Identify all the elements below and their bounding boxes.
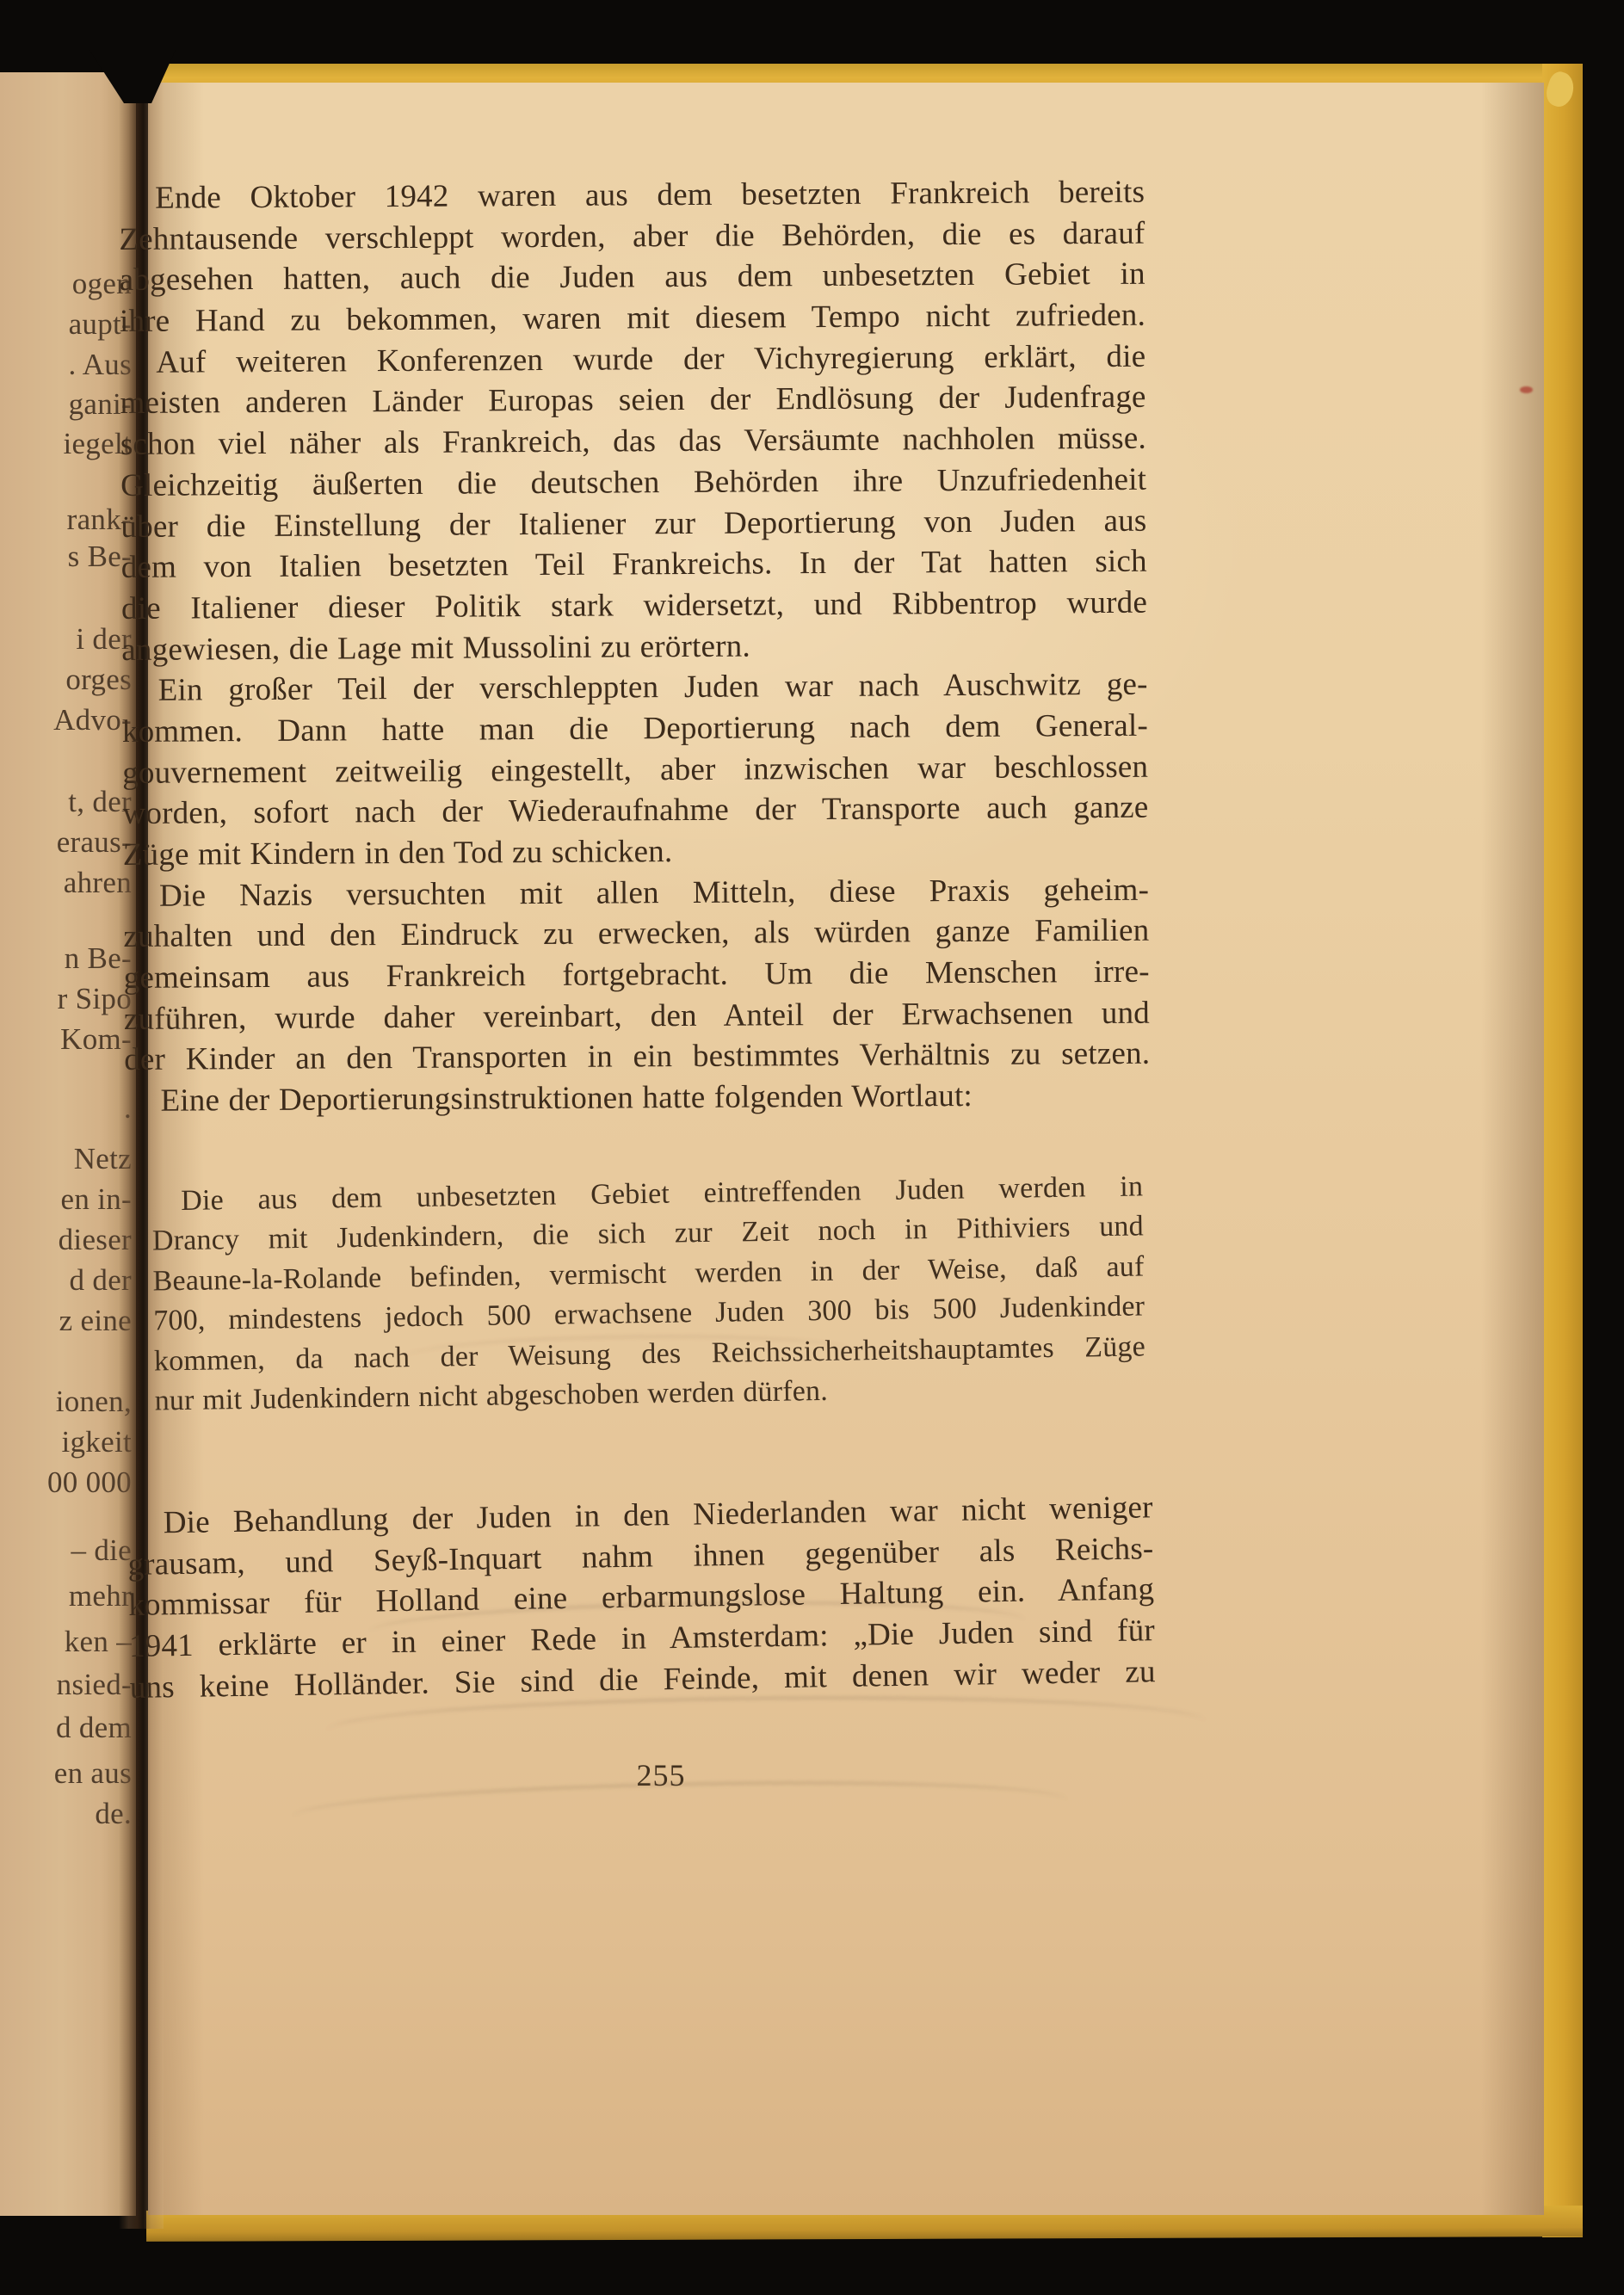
- text-line: worden, sofort nach der Wiederaufnahme d…: [122, 787, 1148, 835]
- red-ink-speck: [1520, 386, 1533, 393]
- text-line: abgesehen hatten, auch die Juden aus dem…: [120, 254, 1145, 301]
- text-line: meisten anderen Länder Europas seien der…: [120, 377, 1145, 424]
- paragraph: Eine der Deportierungsinstruktionen hatt…: [124, 1075, 1150, 1122]
- text-line: zuhalten und den Eindruck zu erwecken, a…: [123, 910, 1149, 958]
- paragraph: Ein großer Teil der verschleppten Juden …: [121, 664, 1148, 876]
- block-quote: Die aus dem unbesetzten Gebiet eintreffe…: [124, 1167, 1153, 1422]
- text-line: Ein großer Teil der verschleppten Juden …: [121, 664, 1147, 712]
- text-line: Die Nazis versuchten mit allen Mitteln, …: [123, 869, 1149, 916]
- text-line: über die Einstellung der Italiener zur D…: [120, 500, 1146, 547]
- text-line: Eine der Deportierungsinstruktionen hatt…: [124, 1075, 1150, 1122]
- text-block: Ende Oktober 1942 waren aus dem besetzte…: [119, 172, 1154, 1709]
- text-line: Zehntausende verschleppt worden, aber di…: [119, 213, 1145, 260]
- text-line: die Italiener dieser Politik stark wider…: [121, 583, 1147, 630]
- book-photo: ogenaupt-. Ausgani-iegeltrank-s Be-i der…: [0, 0, 1624, 2295]
- text-line: zuführen, wurde daher vereinbart, den An…: [124, 992, 1150, 1040]
- text-line: Züge mit Kindern in den Tod zu schicken.: [123, 829, 1149, 876]
- paragraph: Ende Oktober 1942 waren aus dem besetzte…: [119, 172, 1145, 342]
- paragraph: Die Behandlung der Juden in den Niederla…: [127, 1487, 1156, 1708]
- text-line: angewiesen, die Lage mit Mussolini zu er…: [121, 623, 1147, 670]
- text-line: kommen. Dann hatte man die Deportierung …: [122, 706, 1148, 753]
- text-line: gemeinsam aus Frankreich fortgebracht. U…: [124, 952, 1150, 999]
- paragraph: Auf weiteren Konferenzen wurde der Vichy…: [120, 336, 1147, 670]
- text-line: dem von Italien besetzten Teil Frankreic…: [121, 541, 1147, 589]
- text-line: ihre Hand zu bekommen, waren mit diesem …: [120, 295, 1145, 342]
- text-line: gouvernement zeitweilig eingestellt, abe…: [122, 746, 1148, 793]
- book-cover-edge-right: [1542, 64, 1583, 2237]
- text-line: Ende Oktober 1942 waren aus dem besetzte…: [119, 172, 1145, 219]
- facing-page-edge: ogenaupt-. Ausgani-iegeltrank-s Be-i der…: [0, 72, 136, 2216]
- paragraph: Die Nazis versuchten mit allen Mitteln, …: [123, 869, 1150, 1081]
- text-line: Auf weiteren Konferenzen wurde der Vichy…: [120, 336, 1145, 383]
- text-line: der Kinder an den Transporten in ein bes…: [124, 1033, 1150, 1081]
- text-line: schon viel näher als Frankreich, das das…: [120, 418, 1146, 466]
- text-line: Gleichzeitig äußerten die deutschen Behö…: [120, 460, 1146, 507]
